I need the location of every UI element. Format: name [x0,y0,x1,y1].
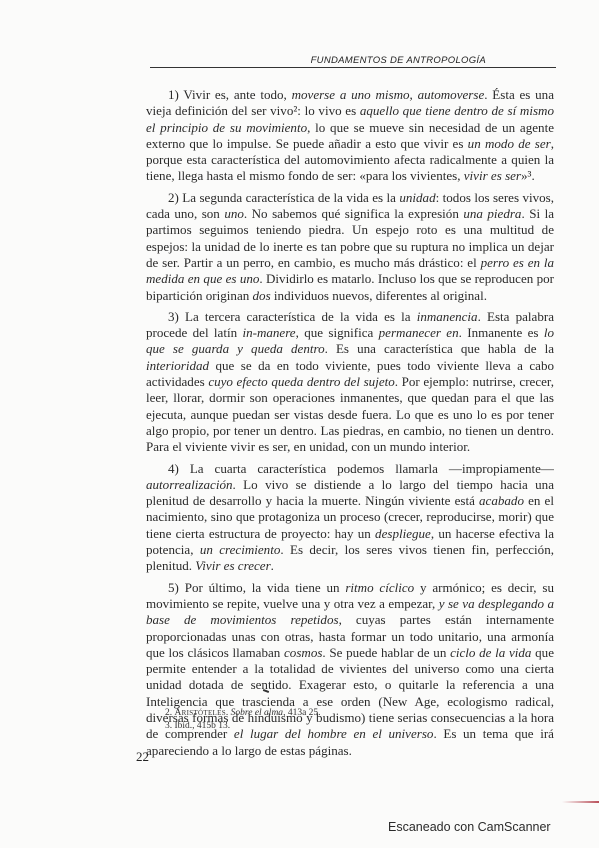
running-title: FUNDAMENTOS DE ANTROPOLOGÍA [311,55,486,66]
paragraph-number: 1) [168,87,183,102]
paragraph-number: 4) [168,461,190,476]
footnotes: 2. Aristóteles. Sobre el alma, 413a 25. … [165,707,465,733]
paragraph-number: 5) [168,580,185,595]
red-scan-mark [562,801,599,803]
paragraph-2: 2) La segunda característica de la vida … [146,190,554,304]
footnote-3: 3. Ibíd., 415b 13. [165,720,465,733]
footnote-author: Aristóteles [175,708,226,718]
paragraph-3: 3) La tercera característica de la vida … [146,309,554,456]
page-number: 22 [136,749,149,765]
paragraph-number: 3) [168,309,185,324]
footnote-2: 2. Aristóteles. Sobre el alma, 413a 25. [165,707,465,720]
camscanner-watermark: Escaneado con CamScanner [388,820,551,834]
paragraph-number: 2) [168,190,182,205]
running-head: FUNDAMENTOS DE ANTROPOLOGÍA [150,55,556,68]
paragraph-4: 4) La cuarta característica podemos llam… [146,461,554,575]
scanned-page: FUNDAMENTOS DE ANTROPOLOGÍA 1) Vivir es,… [0,0,599,848]
body-text: 1) Vivir es, ante todo, moverse a uno mi… [146,87,554,764]
footnote-title: Sobre el alma [231,708,283,718]
paragraph-1: 1) Vivir es, ante todo, moverse a uno mi… [146,87,554,185]
